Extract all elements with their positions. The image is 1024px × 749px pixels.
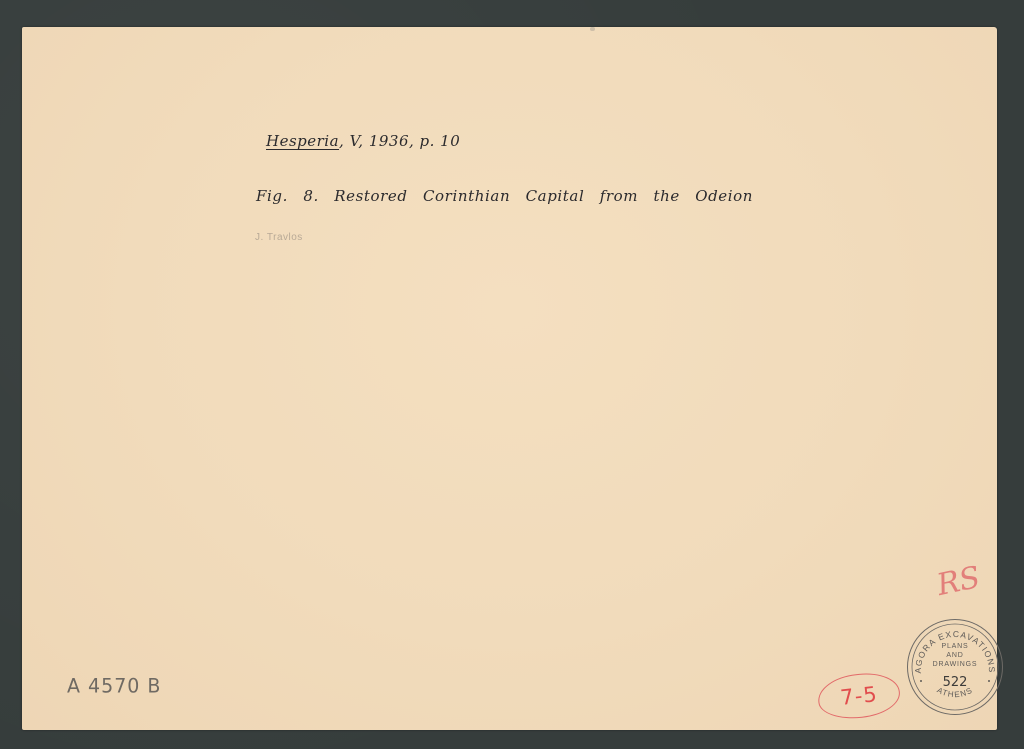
red-circled-code: 7-5 [816,670,902,722]
drawing-credit: J. Travlos [255,232,303,243]
stamp-line-drawings: DRAWINGS [908,660,1002,669]
paper-mark [590,27,595,31]
stamp-number: 522 [908,675,1002,690]
red-code-text: 7-5 [839,682,879,710]
reference-details: , V, 1936, p. 10 [339,132,460,150]
stamp-line-plans: PLANS [908,642,1002,651]
agora-excavations-stamp: AGORA EXCAVATIONS ATHENS PLANS AND DRAWI… [907,619,1003,715]
figure-caption: Fig. 8. Restored Corinthian Capital from… [256,187,753,205]
publication-reference: Hesperia, V, 1936, p. 10 [266,132,460,150]
figure-number: Fig. 8. [256,187,319,205]
stamp-line-and: AND [908,651,1002,660]
journal-name: Hesperia [266,132,339,150]
scanner-backdrop: Hesperia, V, 1936, p. 10 Fig. 8. Restore… [0,0,1024,749]
stamp-inner-text: PLANS AND DRAWINGS [908,642,1002,669]
archival-card: Hesperia, V, 1936, p. 10 Fig. 8. Restore… [22,27,997,730]
red-initials-mark: RS [934,560,983,603]
accession-number: A 4570 B [67,674,161,697]
caption-text: Restored Corinthian Capital from the Ode… [334,187,753,205]
